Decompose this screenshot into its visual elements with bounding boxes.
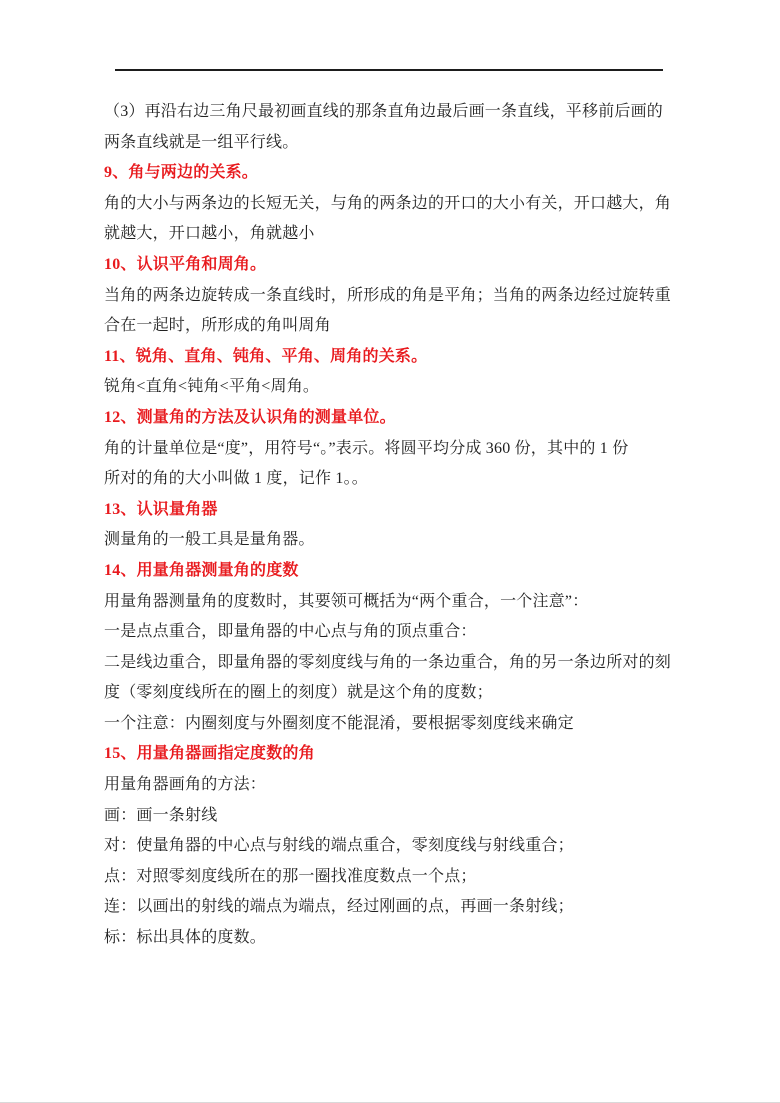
section-heading-9: 9、角与两边的关系。 bbox=[104, 158, 704, 189]
paragraph-line: 一是点点重合，即量角器的中心点与角的顶点重合： bbox=[104, 617, 704, 648]
step-line-draw: 画：画一条射线 bbox=[104, 801, 704, 832]
paragraph-line: 两条直线就是一组平行线。 bbox=[104, 128, 704, 159]
section-heading-11: 11、锐角、直角、钝角、平角、周角的关系。 bbox=[104, 342, 704, 373]
step-line-mark: 标：标出具体的度数。 bbox=[104, 923, 704, 954]
paragraph-line: 测量角的一般工具是量角器。 bbox=[104, 525, 704, 556]
paragraph-line: 所对的角的大小叫做 1 度，记作 1。。 bbox=[104, 464, 704, 495]
paragraph-line: 当角的两条边旋转成一条直线时，所形成的角是平角；当角的两条边经过旋转重 bbox=[104, 281, 704, 312]
paragraph-line: 用量角器测量角的度数时，其要领可概括为“两个重合，一个注意”： bbox=[104, 587, 704, 618]
step-line-point: 点：对照零刻度线所在的那一圈找准度数点一个点； bbox=[104, 862, 704, 893]
section-heading-12: 12、测量角的方法及认识角的测量单位。 bbox=[104, 403, 704, 434]
paragraph-line: 度（零刻度线所在的圈上的刻度）就是这个角的度数； bbox=[104, 678, 704, 709]
paragraph-line: 就越大，开口越小，角就越小 bbox=[104, 219, 704, 250]
paragraph-line: （3）再沿右边三角尺最初画直线的那条直角边最后画一条直线，平移前后画的 bbox=[104, 97, 704, 128]
paragraph-line: 一个注意：内圈刻度与外圈刻度不能混淆，要根据零刻度线来确定 bbox=[104, 709, 704, 740]
step-line-align: 对：使量角器的中心点与射线的端点重合，零刻度线与射线重合； bbox=[104, 831, 704, 862]
paragraph-line: 用量角器画角的方法： bbox=[104, 770, 704, 801]
header-rule bbox=[115, 69, 663, 71]
paragraph-line: 合在一起时，所形成的角叫周角 bbox=[104, 311, 704, 342]
document-page: （3）再沿右边三角尺最初画直线的那条直角边最后画一条直线，平移前后画的 两条直线… bbox=[0, 0, 780, 1103]
section-heading-13: 13、认识量角器 bbox=[104, 495, 704, 526]
paragraph-line: 角的大小与两条边的长短无关，与角的两条边的开口的大小有关，开口越大，角 bbox=[104, 189, 704, 220]
section-heading-15: 15、用量角器画指定度数的角 bbox=[104, 739, 704, 770]
step-line-connect: 连：以画出的射线的端点为端点，经过刚画的点，再画一条射线； bbox=[104, 892, 704, 923]
section-heading-10: 10、认识平角和周角。 bbox=[104, 250, 704, 281]
paragraph-line: 二是线边重合，即量角器的零刻度线与角的一条边重合，角的另一条边所对的刻 bbox=[104, 648, 704, 679]
paragraph-line: 角的计量单位是“度”，用符号“。”表示。将圆平均分成 360 份，其中的 1 份 bbox=[104, 434, 704, 465]
section-heading-14: 14、用量角器测量角的度数 bbox=[104, 556, 704, 587]
paragraph-line: 锐角<直角<钝角<平角<周角。 bbox=[104, 372, 704, 403]
document-body: （3）再沿右边三角尺最初画直线的那条直角边最后画一条直线，平移前后画的 两条直线… bbox=[104, 97, 704, 954]
